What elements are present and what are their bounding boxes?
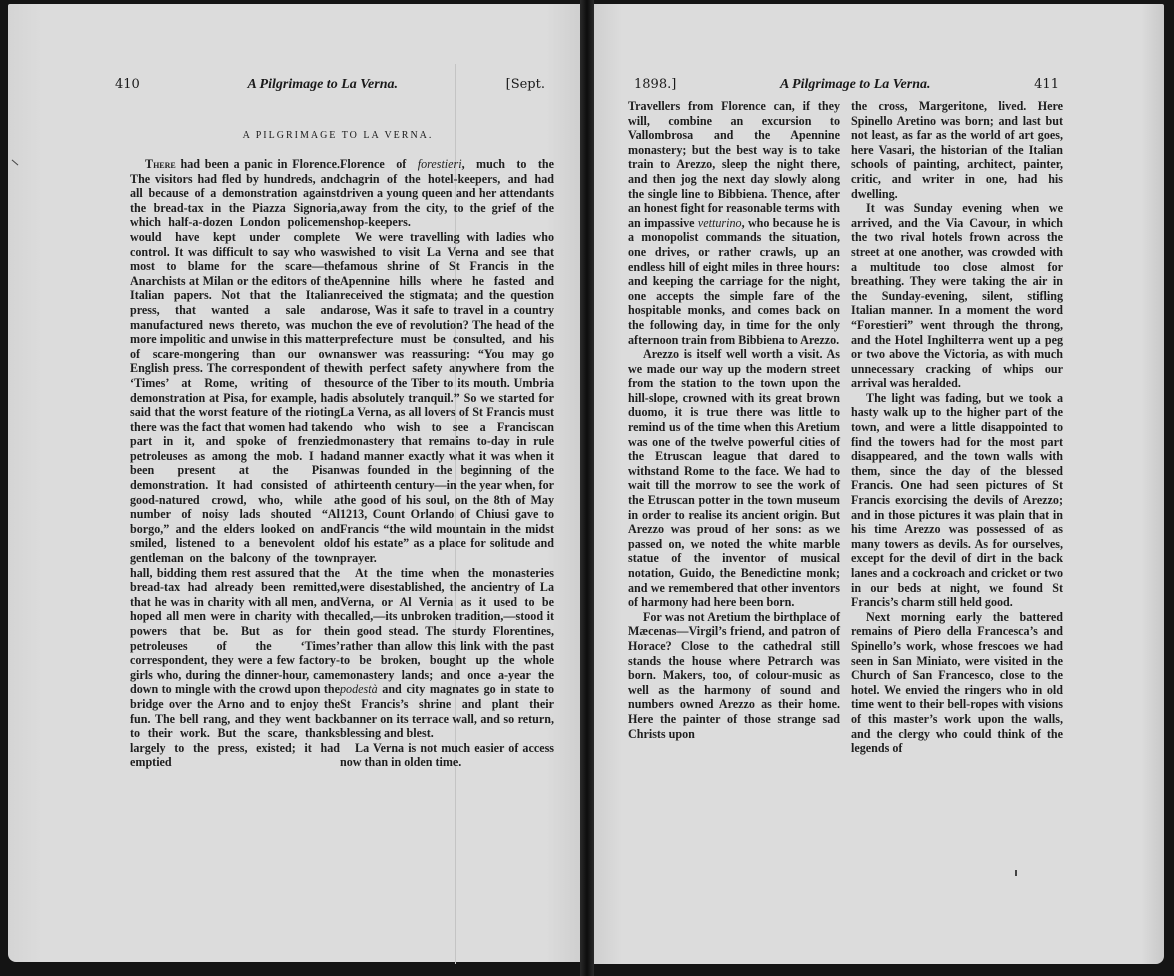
paragraph: It was Sunday evening when we arrived, a…	[851, 201, 1063, 391]
paragraph: Travellers from Florence can, if they wi…	[628, 99, 840, 347]
left-column-1: There had been a panic in Florence. The …	[130, 157, 340, 770]
right-column-1: Travellers from Florence can, if they wi…	[628, 99, 840, 741]
book-gutter	[580, 0, 594, 976]
italic-term: vetturino	[698, 216, 742, 230]
italic-term: podestà	[340, 682, 378, 696]
paragraph: For was not Aretium the birthplace of Mæ…	[628, 610, 840, 741]
page-number: 410	[115, 77, 140, 92]
paragraph: At the time when the monasteries were di…	[340, 566, 554, 741]
left-column-2: Florence of forestieri, much to the chag…	[340, 157, 554, 770]
scan-blemish	[1015, 870, 1017, 876]
paragraph: The light was fading, but we took a hast…	[851, 391, 1063, 610]
running-date: [Sept.	[506, 77, 545, 92]
article-title: A PILGRIMAGE TO LA VERNA.	[128, 130, 548, 141]
running-title: A Pilgrimage to La Verna.	[247, 77, 398, 93]
right-running-head: 1898.] A Pilgrimage to La Verna. 411	[634, 77, 1059, 93]
paragraph: We were travelling with ladies who wishe…	[340, 230, 554, 566]
running-title: A Pilgrimage to La Verna.	[780, 77, 931, 93]
right-page: 1898.] A Pilgrimage to La Verna. 411 Tra…	[594, 4, 1164, 964]
left-running-head: 410 A Pilgrimage to La Verna. [Sept.	[115, 77, 545, 93]
paragraph: the cross, Margeritone, lived. Here Spin…	[851, 99, 1063, 201]
paragraph: Florence of forestieri, much to the chag…	[340, 157, 554, 230]
running-date: 1898.]	[634, 77, 676, 92]
lead-word: There	[145, 157, 176, 171]
left-page: 410 A Pilgrimage to La Verna. [Sept. A P…	[8, 4, 580, 962]
paragraph: La Verna is not much easier of access no…	[340, 741, 554, 770]
page-number: 411	[1034, 77, 1059, 92]
right-column-2: the cross, Margeritone, lived. Here Spin…	[851, 99, 1063, 756]
scan-blemish	[12, 160, 19, 166]
italic-term: forestieri	[418, 157, 462, 171]
paragraph: Arezzo is itself well worth a visit. As …	[628, 347, 840, 610]
paragraph: Next morning early the battered remains …	[851, 610, 1063, 756]
paragraph: There had been a panic in Florence. The …	[130, 157, 340, 770]
